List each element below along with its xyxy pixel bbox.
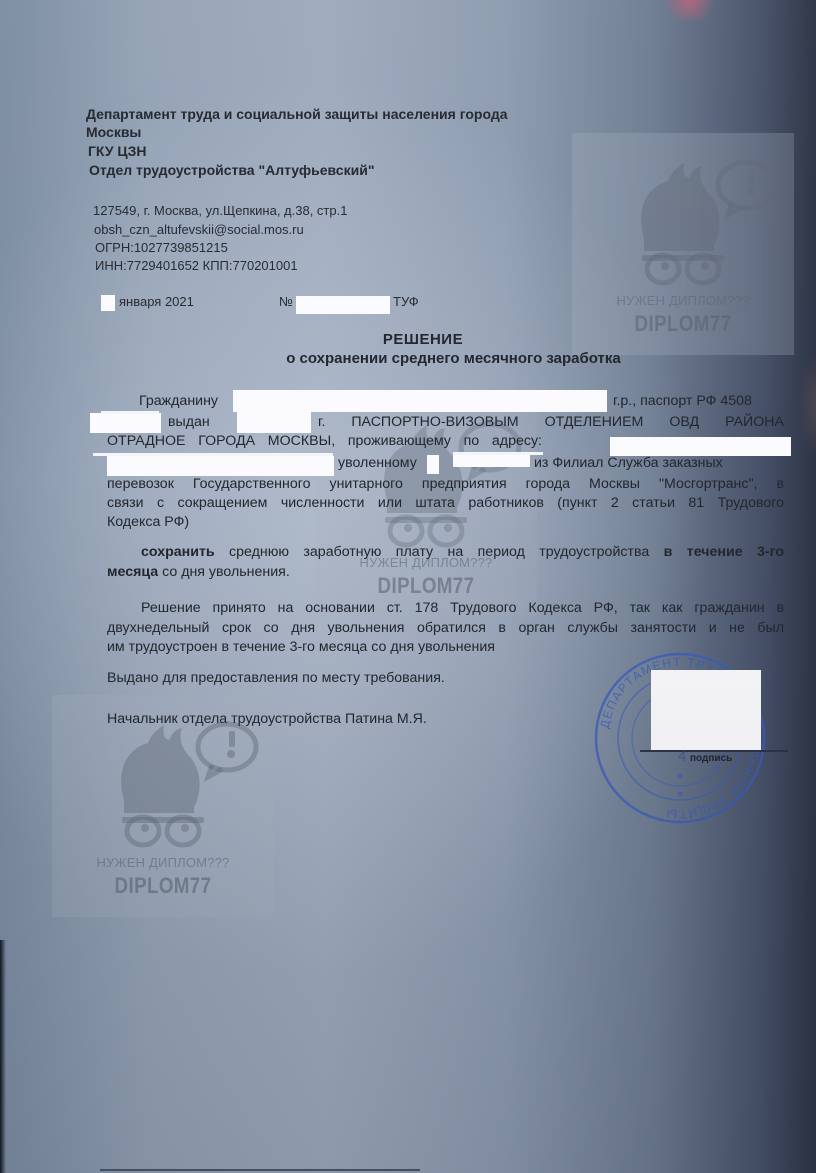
- department-name: Департамент труда и социальной защиты на…: [86, 106, 508, 122]
- document-subtitle: о сохранении среднего месячного заработк…: [0, 350, 816, 367]
- residence-line: ОТРАДНОЕ ГОРОДА МОСКВЫ, проживающему по …: [107, 433, 542, 449]
- redaction-mark: [101, 411, 159, 414]
- citizen-label: Гражданину: [139, 393, 218, 409]
- redacted-address: [610, 437, 791, 456]
- employer-line: перевозок Государственного унитарного пр…: [107, 476, 784, 492]
- basis-line-3: им трудоустроен в течение 3-го месяца со…: [107, 639, 495, 655]
- decision-from: со дня увольнения.: [162, 564, 290, 580]
- redacted-citizen-name: [233, 390, 607, 412]
- email-address: obsh_czn_altufevskii@social.mos.ru: [94, 222, 304, 237]
- inn-kpp-numbers: ИНН:7729401652 КПП:770201001: [95, 258, 298, 273]
- page-edge-shadow: [0, 940, 6, 1173]
- watermark-bottom-left: НУЖЕН ДИПЛОМ??? DIPLOM77: [52, 695, 274, 917]
- page-edge-line: [100, 1169, 420, 1171]
- redacted-issue-date: [237, 411, 311, 433]
- postal-address: 127549, г. Москва, ул.Щепкина, д.38, стр…: [93, 203, 347, 218]
- decision-text: среднюю заработную плату на период трудо…: [229, 544, 649, 560]
- document-number-suffix: ТУФ: [393, 294, 419, 309]
- watermark-tagline: НУЖЕН ДИПЛОМ???: [572, 293, 794, 308]
- signature-label: подпись: [690, 753, 732, 764]
- issued-for-line: Выдано для предоставления по месту требо…: [107, 670, 445, 686]
- watermark-brand: DIPLOM77: [69, 873, 258, 899]
- decision-line: сохранить среднюю заработную плату на пе…: [141, 544, 784, 560]
- ogrn-number: ОГРН:1027739851215: [95, 240, 228, 255]
- redacted-signature: [651, 670, 761, 750]
- passport-info: г.р., паспорт РФ 4508: [613, 393, 752, 409]
- watermark-brand: DIPLOM77: [332, 573, 521, 599]
- document-date: января 2021: [119, 294, 194, 309]
- redacted-day: [101, 295, 115, 311]
- decision-month: месяца: [107, 564, 158, 580]
- issued-label: выдан: [168, 414, 210, 430]
- watermark-top-right: НУЖЕН ДИПЛОМ??? DIPLOM77: [572, 133, 794, 355]
- redacted-passport-number: [90, 413, 161, 433]
- document-title: РЕШЕНИЕ: [0, 331, 816, 348]
- department-city: Москвы: [86, 124, 141, 140]
- branch-name: из Филиал Служба заказных: [534, 455, 723, 471]
- redacted-dismissal-date: [453, 455, 530, 467]
- agency-name: ГКУ ЦЗН: [88, 143, 147, 159]
- decision-period: в течение 3-го: [664, 544, 784, 560]
- decision-verb: сохранить: [141, 544, 215, 560]
- redacted-address-cont: [107, 456, 334, 476]
- stamp-number: 4: [678, 748, 686, 765]
- basis-line-2: двухнедельный срок со дня увольнения обр…: [107, 620, 784, 636]
- redaction-mark: [453, 452, 543, 455]
- decision-line-end: месяца со дня увольнения.: [107, 564, 290, 580]
- basis-line-1: Решение принято на основании ст. 178 Тру…: [141, 600, 784, 616]
- division-name: Отдел трудоустройства "Алтуфьевский": [89, 162, 374, 178]
- reason-line: связи с сокращением численности или штат…: [107, 495, 784, 511]
- watermark-tagline: НУЖЕН ДИПЛОМ???: [52, 855, 274, 870]
- issuing-authority: г. ПАСПОРТНО-ВИЗОВЫМ ОТДЕЛЕНИЕМ ОВД РАЙО…: [318, 414, 784, 430]
- signatory: Начальник отдела трудоустройства Патина …: [107, 711, 427, 727]
- light-glare: [660, 0, 720, 20]
- redacted-dismissal: [427, 455, 439, 474]
- signature-line: [640, 750, 788, 752]
- dismissed-label: уволенному: [338, 455, 417, 471]
- document-page: НУЖЕН ДИПЛОМ??? DIPLOM77 НУЖЕН ДИПЛОМ???…: [0, 0, 816, 1173]
- redacted-document-number: [296, 296, 390, 314]
- reason-line-end: Кодекса РФ): [107, 514, 189, 530]
- document-number-prefix: №: [279, 294, 293, 309]
